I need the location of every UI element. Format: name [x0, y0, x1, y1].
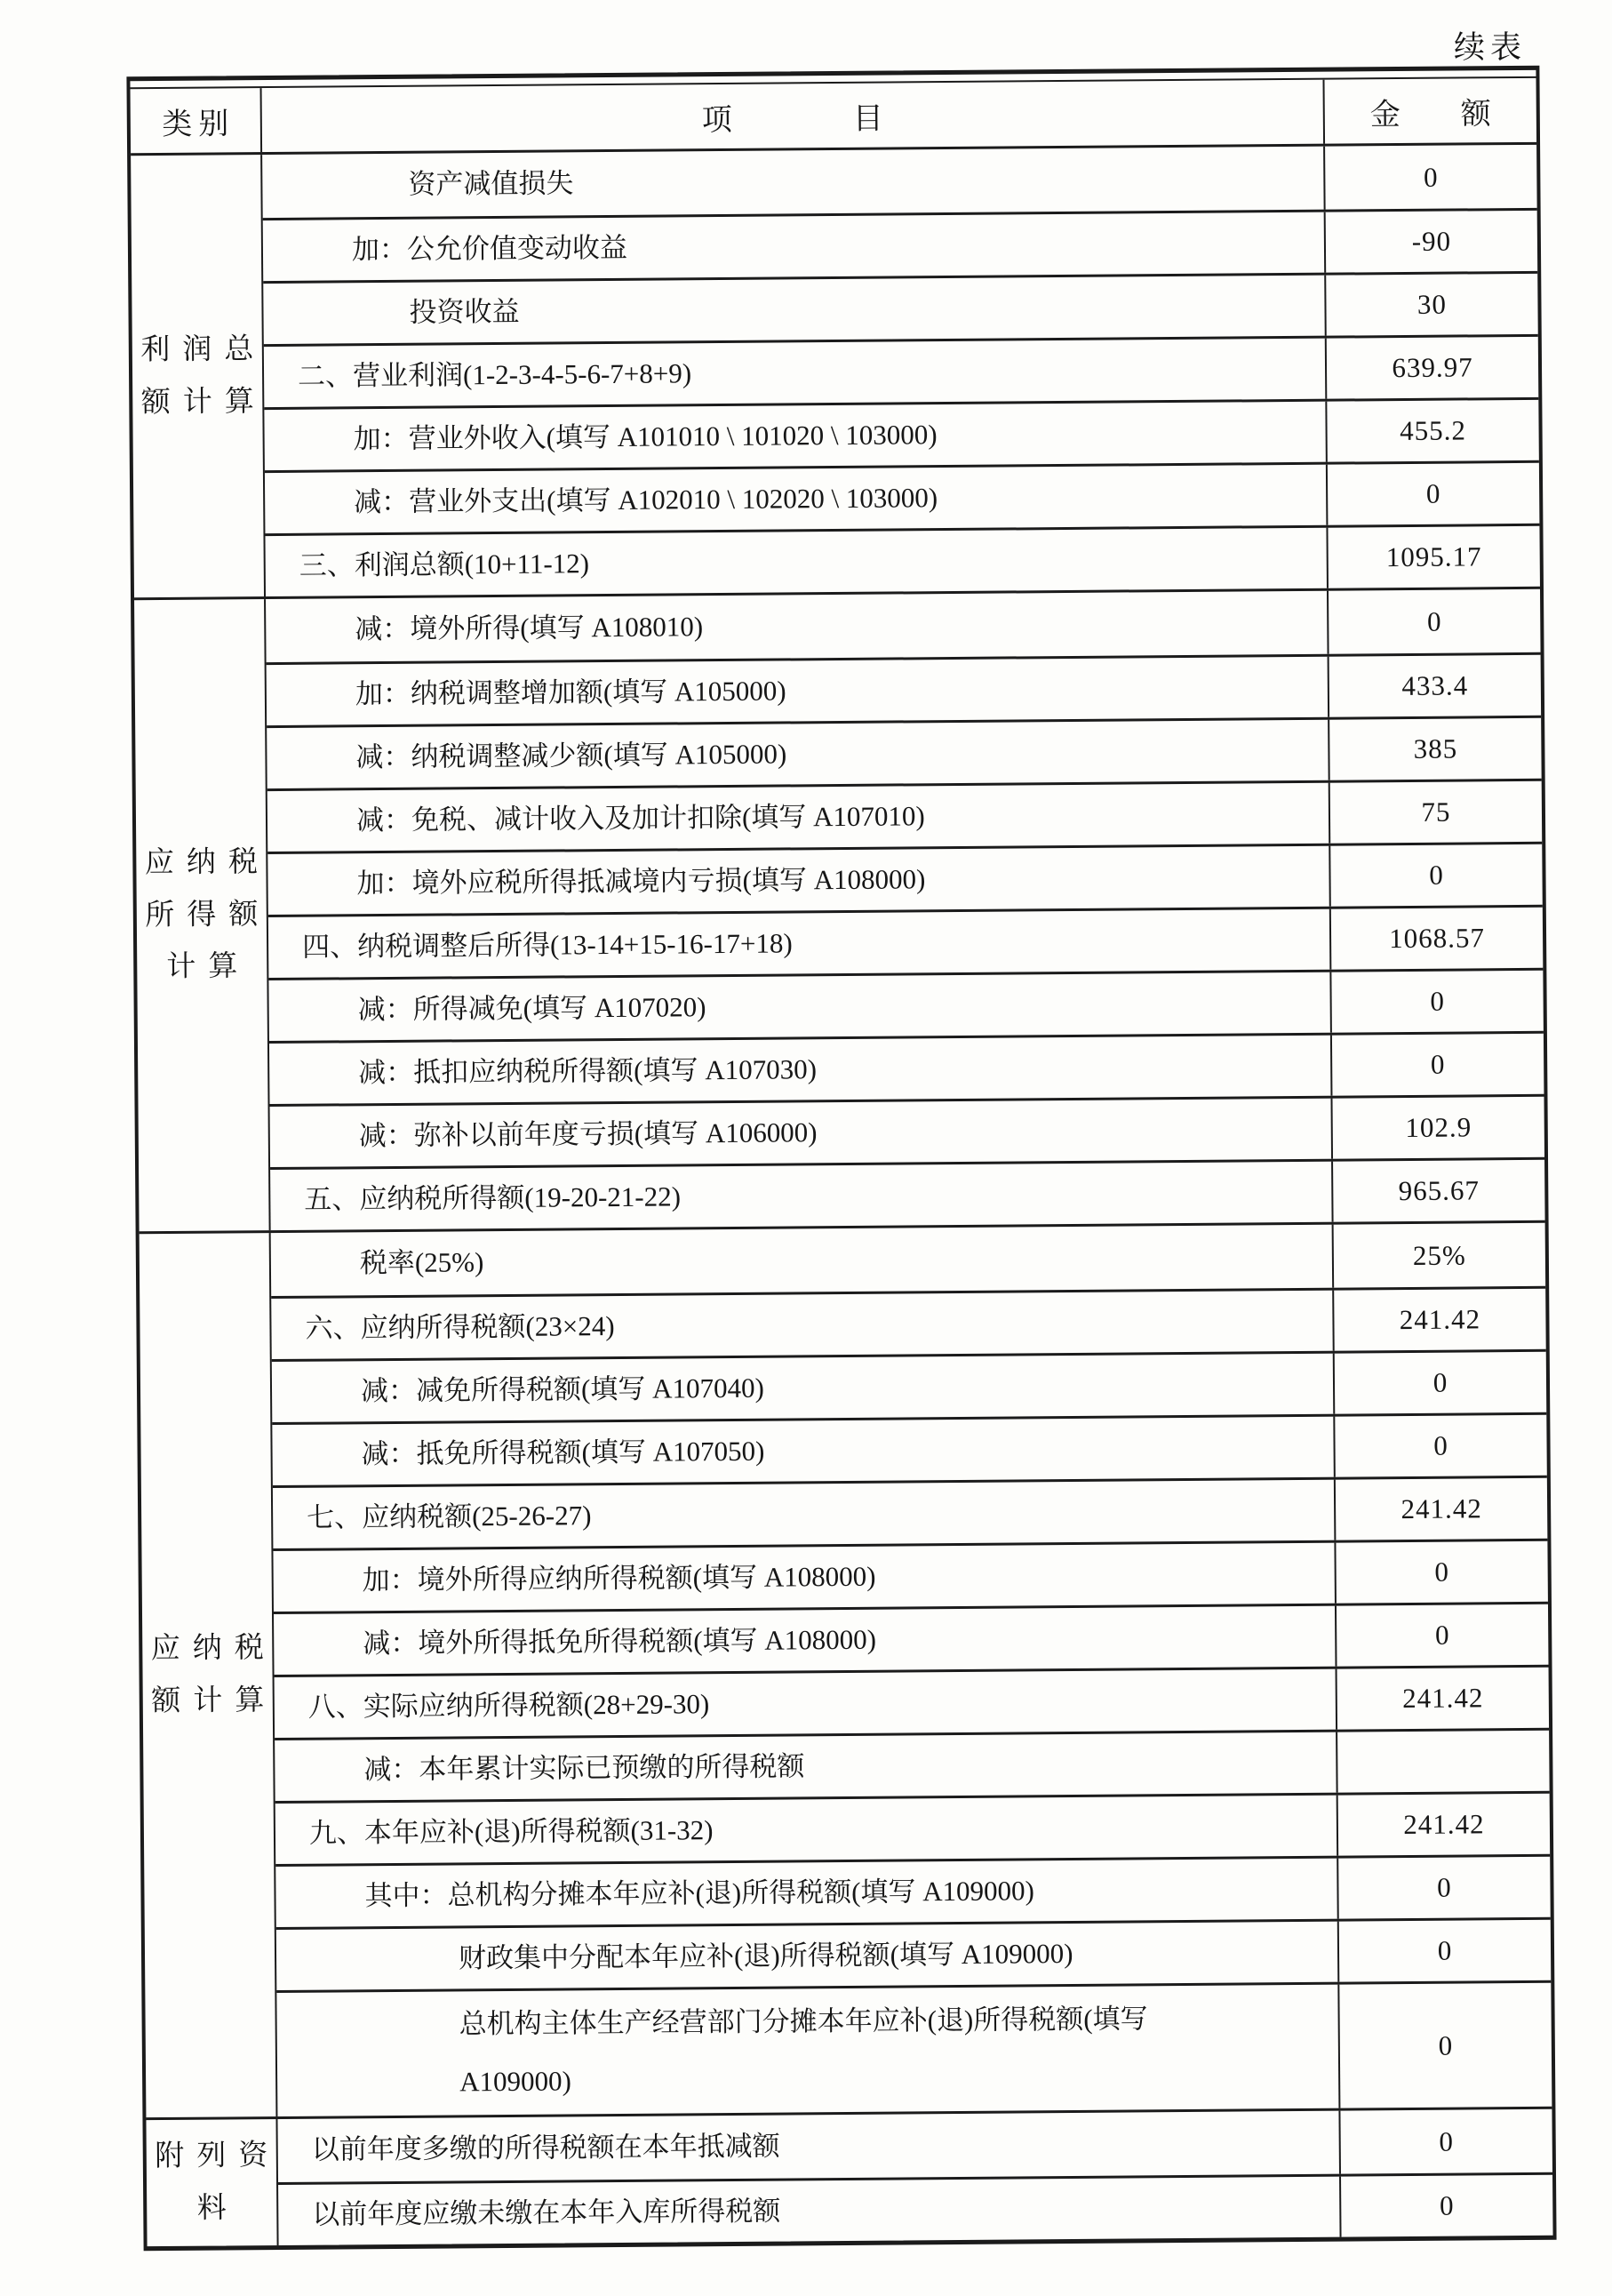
table-row: 加：境外应税所得抵减境内亏损(填写 A108000) 0	[267, 842, 1543, 915]
table-row: 资产减值损失 0	[262, 145, 1537, 218]
table-row: 减：境外所得(填写 A108010) 0	[266, 589, 1541, 662]
table-row: 五、应纳税所得额(19-20-21-22) 965.67	[270, 1157, 1545, 1230]
item-cell: 减：弥补以前年度亏损(填写 A106000)	[270, 1099, 1331, 1167]
category-cell: 附列资料	[146, 2119, 278, 2246]
table-row: 减：营业外支出(填写 A102010 \ 102020 \ 103000) 0	[265, 460, 1540, 533]
table-row: 减：纳税调整减少额(填写 A105000) 385	[267, 716, 1542, 788]
item-cell: 二、营业利润(1-2-3-4-5-6-7+8+9)	[264, 339, 1325, 407]
item-cell: 税率(25%)	[271, 1225, 1333, 1296]
item-cell: 减：纳税调整减少额(填写 A105000)	[267, 720, 1328, 788]
item-cell: 以前年度应缴未缴在本年入库所得税额	[278, 2177, 1339, 2245]
table-row: 四、纳税调整后所得(13-14+15-16-17+18) 1068.57	[268, 905, 1544, 978]
amount-cell: 0	[1338, 2109, 1552, 2174]
item-cell: 五、应纳税所得额(19-20-21-22)	[270, 1162, 1331, 1230]
header-category: 类别	[131, 88, 263, 153]
category-label-line: 应纳税	[132, 836, 270, 890]
item-cell: 总机构主体生产经营部门分摊本年应补(退)所得税额(填写A109000)	[276, 1985, 1338, 2116]
amount-cell: 0	[1337, 1983, 1552, 2108]
item-cell: 减：所得减免(填写 A107020)	[268, 972, 1329, 1041]
table-row: 减：减免所得税额(填写 A107040) 0	[272, 1349, 1547, 1422]
amount-cell: 0	[1323, 145, 1537, 210]
amount-cell: 0	[1327, 589, 1541, 654]
table-row: 减：境外所得抵免所得税额(填写 A108000) 0	[274, 1602, 1549, 1675]
table-row: 减：本年累计实际已预缴的所得税额	[275, 1728, 1550, 1801]
table-row: 加：公允价值变动收益 -90	[263, 208, 1538, 281]
table-row: 九、本年应补(退)所得税额(31-32) 241.42	[275, 1791, 1551, 1864]
table-row: 加：境外所得应纳所得税额(填写 A108000) 0	[273, 1539, 1548, 1612]
continued-table-label: 续表	[1454, 23, 1527, 68]
item-cell: 四、纳税调整后所得(13-14+15-16-17+18)	[268, 909, 1329, 978]
amount-cell: 25%	[1332, 1223, 1546, 1288]
amount-cell: 385	[1328, 718, 1542, 780]
income-tax-calculation-table: 类别 项 目 金 额 利润总额计算 资产减值损失 0 加：公允价值变动收益 -9…	[126, 66, 1556, 2251]
item-cell: 减：抵扣应纳税所得额(填写 A107030)	[269, 1036, 1330, 1104]
table-row: 减：抵免所得税额(填写 A107050) 0	[272, 1412, 1547, 1485]
item-cell: 加：营业外收入(填写 A101010 \ 101020 \ 103000)	[264, 402, 1325, 470]
table-row: 减：弥补以前年度亏损(填写 A106000) 102.9	[270, 1094, 1545, 1167]
item-cell: 加：纳税调整增加额(填写 A105000)	[267, 657, 1328, 725]
category-label-line: 附列资	[142, 2130, 280, 2183]
item-cell: 加：境外所得应纳所得税额(填写 A108000)	[273, 1543, 1334, 1612]
table-section: 利润总额计算 资产减值损失 0 加：公允价值变动收益 -90 投资收益 30 二…	[131, 145, 1540, 597]
item-cell: 其中：总机构分摊本年应补(退)所得税额(填写 A109000)	[275, 1859, 1337, 1927]
amount-cell: 0	[1334, 1541, 1548, 1604]
item-cell: 财政集中分配本年应补(退)所得税额(填写 A109000)	[276, 1922, 1337, 1990]
item-cell: 七、应纳税额(25-26-27)	[273, 1480, 1334, 1548]
table-body: 利润总额计算 资产减值损失 0 加：公允价值变动收益 -90 投资收益 30 二…	[131, 145, 1552, 2246]
table-row: 七、应纳税额(25-26-27) 241.42	[273, 1476, 1548, 1548]
amount-cell: -90	[1324, 211, 1538, 273]
section-rows: 以前年度多缴的所得税额在本年抵减额 0 以前年度应缴未缴在本年入库所得税额 0	[277, 2109, 1552, 2245]
table-row: 加：营业外收入(填写 A101010 \ 101020 \ 103000) 45…	[264, 397, 1539, 470]
table-row: 总机构主体生产经营部门分摊本年应补(退)所得税额(填写A109000) 0	[276, 1980, 1552, 2116]
item-cell: 六、应纳所得税额(23×24)	[271, 1291, 1332, 1359]
table-row: 二、营业利润(1-2-3-4-5-6-7+8+9) 639.97	[264, 334, 1539, 407]
amount-cell: 0	[1330, 1034, 1544, 1096]
scanned-tax-form-page: 续表 类别 项 目 金 额 利润总额计算 资产减值损失 0 加：公允价值变动收益…	[0, 0, 1612, 2296]
amount-cell: 455.2	[1325, 400, 1539, 462]
category-label-line: 应纳税	[139, 1622, 276, 1676]
amount-cell: 0	[1333, 1352, 1547, 1414]
category-label-line: 料	[185, 2182, 239, 2235]
table-row: 财政集中分配本年应补(退)所得税额(填写 A109000) 0	[276, 1917, 1552, 1990]
item-cell: 三、利润总额(10+11-12)	[265, 528, 1326, 596]
amount-cell: 0	[1339, 2175, 1553, 2237]
category-label-line: 额计算	[129, 376, 267, 429]
table-section: 应纳税所得额计算 减：境外所得(填写 A108010) 0 加：纳税调整增加额(…	[134, 587, 1545, 1231]
category-label-line: 所得额	[132, 889, 270, 942]
amount-cell: 102.9	[1330, 1097, 1544, 1159]
amount-cell: 0	[1337, 1857, 1551, 1919]
item-cell: 加：公允价值变动收益	[263, 212, 1324, 281]
item-cell: 减：本年累计实际已预缴的所得税额	[275, 1732, 1336, 1801]
table-row: 加：纳税调整增加额(填写 A105000) 433.4	[267, 652, 1542, 725]
section-rows: 资产减值损失 0 加：公允价值变动收益 -90 投资收益 30 二、营业利润(1…	[262, 145, 1540, 596]
amount-cell	[1336, 1731, 1550, 1793]
amount-cell: 241.42	[1334, 1478, 1548, 1540]
item-cell: 九、本年应补(退)所得税额(31-32)	[275, 1796, 1337, 1864]
amount-cell: 0	[1329, 971, 1544, 1033]
table-row: 六、应纳所得税额(23×24) 241.42	[271, 1286, 1546, 1359]
amount-cell: 0	[1337, 1920, 1552, 1982]
amount-cell: 1095.17	[1326, 526, 1540, 588]
amount-cell: 0	[1329, 844, 1543, 907]
header-amount: 金 额	[1322, 78, 1536, 144]
amount-cell: 965.67	[1331, 1160, 1545, 1222]
amount-cell: 241.42	[1337, 1794, 1551, 1856]
item-cell: 投资收益	[263, 276, 1324, 344]
item-text-line: 总机构主体生产经营部门分摊本年应补(退)所得税额(填写	[459, 2001, 1323, 2042]
table-section: 应纳税额计算 税率(25%) 25% 六、应纳所得税额(23×24) 241.4…	[140, 1220, 1552, 2117]
amount-cell: 75	[1329, 781, 1543, 844]
item-cell: 加：境外应税所得抵减境内亏损(填写 A108000)	[267, 846, 1329, 915]
item-cell: 减：减免所得税额(填写 A107040)	[272, 1354, 1333, 1422]
category-cell: 应纳税额计算	[140, 1233, 278, 2117]
item-cell: 减：免税、减计收入及加计扣除(填写 A107010)	[267, 783, 1329, 852]
amount-cell: 639.97	[1325, 337, 1539, 399]
table-section: 附列资料 以前年度多缴的所得税额在本年抵减额 0 以前年度应缴未缴在本年入库所得…	[146, 2107, 1552, 2246]
amount-cell: 0	[1333, 1415, 1547, 1477]
category-cell: 应纳税所得额计算	[134, 599, 271, 1231]
item-cell: 八、实际应纳所得税额(28+29-30)	[275, 1669, 1336, 1738]
amount-cell: 433.4	[1328, 655, 1542, 717]
category-label-line: 利润总	[128, 324, 266, 377]
amount-cell: 0	[1335, 1604, 1549, 1667]
table-row: 投资收益 30	[263, 271, 1538, 344]
table-row: 其中：总机构分摊本年应补(退)所得税额(填写 A109000) 0	[275, 1854, 1551, 1927]
table-row: 八、实际应纳所得税额(28+29-30) 241.42	[275, 1665, 1550, 1738]
table-header-row: 类别 项 目 金 额	[131, 78, 1537, 156]
category-label-line: 额计算	[139, 1675, 276, 1728]
item-text-line: A109000)	[459, 2058, 1324, 2099]
item-cell: 资产减值损失	[262, 147, 1324, 218]
table-row: 以前年度应缴未缴在本年入库所得税额 0	[278, 2172, 1553, 2245]
category-label-line: 计算	[154, 941, 250, 995]
section-rows: 减：境外所得(填写 A108010) 0 加：纳税调整增加额(填写 A10500…	[266, 589, 1545, 1230]
section-rows: 税率(25%) 25% 六、应纳所得税额(23×24) 241.42 减：减免所…	[271, 1223, 1552, 2116]
table-row: 减：免税、减计收入及加计扣除(填写 A107010) 75	[267, 779, 1543, 852]
item-cell: 减：抵免所得税额(填写 A107050)	[272, 1417, 1333, 1485]
item-cell: 以前年度多缴的所得税额在本年抵减额	[277, 2111, 1339, 2182]
amount-cell: 241.42	[1332, 1289, 1546, 1351]
amount-cell: 1068.57	[1329, 908, 1544, 970]
amount-cell: 0	[1326, 463, 1540, 525]
item-cell: 减：营业外支出(填写 A102010 \ 102020 \ 103000)	[265, 465, 1326, 533]
item-cell: 减：境外所得抵免所得税额(填写 A108000)	[274, 1606, 1335, 1675]
amount-cell: 30	[1324, 274, 1538, 336]
category-cell: 利润总额计算	[131, 155, 266, 597]
table-row: 减：所得减免(填写 A107020) 0	[268, 968, 1544, 1041]
header-item: 项 目	[262, 80, 1324, 152]
item-cell: 减：境外所得(填写 A108010)	[266, 591, 1328, 662]
table-row: 税率(25%) 25%	[271, 1223, 1546, 1296]
table-row: 减：抵扣应纳税所得额(填写 A107030) 0	[269, 1031, 1544, 1104]
table-row: 以前年度多缴的所得税额在本年抵减额 0	[277, 2109, 1552, 2182]
amount-cell: 241.42	[1336, 1668, 1550, 1730]
table-row: 三、利润总额(10+11-12) 1095.17	[265, 524, 1540, 596]
